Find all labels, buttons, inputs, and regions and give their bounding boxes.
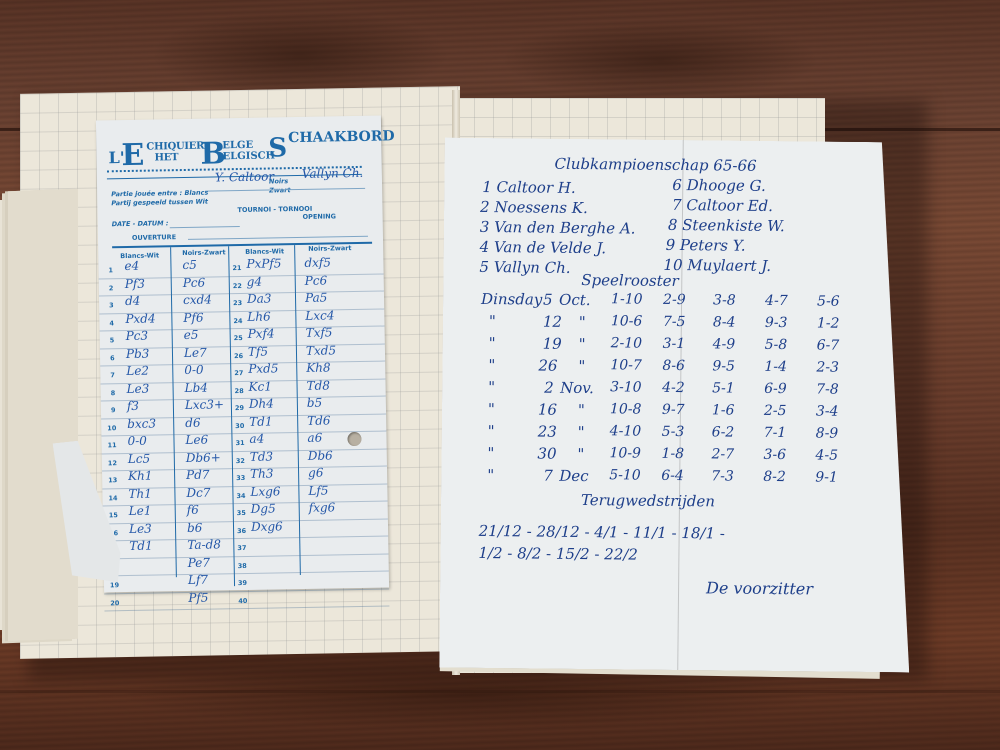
logo-schaakbord: CHAAKBORD [288, 128, 395, 146]
white-move: Pf3 [125, 276, 145, 290]
schedule-day: " [487, 466, 494, 484]
schedule-row: " 26 " 10-7 8-6 9-5 1-4 2-3 [442, 356, 912, 381]
pairing: 8-6 [662, 358, 685, 374]
pairing: 5-8 [765, 337, 788, 353]
schedule-month: " [578, 357, 585, 375]
move-number: 7 [110, 371, 115, 379]
schedule-heading: Speelrooster [581, 271, 679, 290]
white-move: Td1 [129, 539, 153, 553]
ouverture-label: OUVERTURE [132, 233, 176, 242]
black-move: Kh8 [306, 360, 331, 374]
pairing: 3-4 [816, 403, 839, 419]
white-move: Pxd4 [125, 311, 155, 326]
pairing: 1-4 [764, 359, 787, 375]
schedule-row: " 19 " 2-10 3-1 4-9 5-8 6-7 [443, 334, 913, 359]
player-entry: 8 Steenkiste W. [668, 216, 785, 235]
white-move: Pc3 [126, 329, 149, 343]
schedule-month: " [579, 313, 586, 331]
move-number: 29 [235, 404, 244, 412]
white-move: Kh1 [128, 469, 153, 483]
player-entry: 1 Caltoor H. [482, 178, 576, 197]
move-number: 13 [108, 476, 117, 484]
black-move: Dc7 [186, 485, 210, 499]
black-move: Lxc3+ [185, 397, 224, 412]
noirs-label: Noirs [269, 177, 288, 185]
move-number: 34 [236, 491, 245, 499]
move-number: 11 [108, 441, 117, 449]
tournoi-label: TOURNOI - TORNOOI [237, 205, 312, 214]
white-move: f3 [127, 399, 139, 413]
black-player-name: Vallyn Ch. [302, 166, 364, 181]
black-col-header-right: Noirs-Zwart [308, 244, 351, 253]
white-move: 0-0 [127, 434, 147, 448]
white-move: Lxg6 [250, 484, 280, 499]
schedule-row: " 2 Nov. 3-10 4-2 5-1 6-9 7-8 [442, 378, 912, 403]
pairing: 8-2 [763, 469, 786, 485]
white-move: Lh6 [247, 309, 271, 323]
black-move: cxd4 [183, 293, 212, 308]
white-move: Td1 [249, 414, 273, 428]
pairing: 1-10 [611, 291, 643, 307]
move-number: 38 [238, 561, 247, 569]
move-number: 36 [237, 526, 246, 534]
black-move: 0-0 [184, 363, 204, 377]
move-number: 35 [237, 509, 246, 517]
pairing: 5-1 [712, 380, 735, 396]
black-move: Db6+ [186, 450, 221, 465]
move-number: 27 [234, 369, 243, 377]
black-move: Le7 [184, 345, 207, 359]
move-number: 3 [109, 301, 114, 309]
move-number: 33 [236, 474, 245, 482]
black-move: Pc6 [183, 275, 206, 289]
schedule-row: " 30 " 10-9 1-8 2-7 3-6 4-5 [441, 444, 911, 469]
white-move: Le1 [129, 504, 152, 518]
pairing: 2-3 [816, 359, 839, 375]
black-move: c5 [182, 258, 197, 272]
date-line [170, 226, 240, 228]
pairing: 4-5 [815, 447, 838, 463]
black-move: Pe7 [188, 555, 211, 569]
move-number: 2 [109, 284, 114, 292]
schedule-day: " [489, 312, 496, 330]
return-dates-line-2: 1/2 - 8/2 - 15/2 - 22/2 [478, 544, 638, 564]
white-move: Dh4 [249, 396, 274, 410]
wood-knot [500, 20, 820, 100]
player-entry: 7 Caltoor Ed. [672, 196, 773, 215]
pairing: 7-1 [764, 425, 787, 441]
schedule-date: 7 [543, 467, 553, 485]
black-move: Td6 [307, 413, 331, 427]
black-move: Pf5 [188, 590, 208, 604]
white-move: Pxf4 [248, 326, 275, 340]
move-number: 5 [110, 336, 115, 344]
pairing: 10-9 [609, 445, 641, 461]
player-entry: 9 Peters Y. [666, 236, 746, 255]
black-col-header-left: Noirs-Zwart [182, 248, 225, 257]
schedule-day: " [487, 444, 494, 462]
pairing: 2-9 [663, 292, 686, 308]
move-number: 39 [238, 579, 247, 587]
pairing: 7-8 [816, 381, 839, 397]
move-number: 21 [232, 264, 241, 272]
white-move: e4 [124, 259, 139, 273]
move-number: 4 [109, 319, 114, 327]
pairing: 4-10 [610, 423, 642, 439]
black-move: Td8 [306, 378, 330, 392]
black-move: fxg6 [309, 500, 336, 514]
club-championship-letter: Clubkampioenschap 65-66 1 Caltoor H. 2 N… [439, 138, 915, 673]
pairing: 6-4 [661, 468, 684, 484]
white-move: a4 [249, 432, 264, 446]
pairing: 2-7 [711, 446, 734, 462]
logo-b-word-2: ELGISCH [222, 150, 275, 162]
move-number: 20 [110, 599, 119, 607]
black-move: Pa5 [305, 291, 328, 305]
schedule-date: 12 [543, 313, 562, 331]
schedule-day: " [488, 378, 495, 396]
move-number: 6 [110, 354, 115, 362]
move-number: 28 [235, 386, 244, 394]
player-entry: 3 Van den Berghe A. [480, 218, 636, 238]
move-number: 1 [108, 266, 113, 274]
move-number: 14 [108, 494, 117, 502]
schedule-row: " 12 " 10-6 7-5 8-4 9-3 1-2 [443, 312, 913, 337]
pairing: 5-3 [662, 424, 685, 440]
black-move: b6 [187, 520, 203, 534]
pairing: 3-10 [610, 379, 642, 395]
white-move: Td3 [250, 449, 274, 463]
schedule-month: Oct. [559, 291, 591, 309]
white-move: Pxd5 [248, 361, 278, 376]
pairing: 3-8 [713, 292, 736, 308]
player-entry: 5 Vallyn Ch. [479, 258, 570, 277]
pairing: 5-6 [817, 293, 840, 309]
schedule-date: 23 [538, 423, 557, 441]
white-move: Tf5 [248, 344, 268, 358]
schedule-date: 19 [543, 335, 562, 353]
schedule-date: 5 [543, 291, 553, 309]
player-entry: 4 Van de Velde J. [480, 238, 607, 257]
schedule-month: " [577, 445, 584, 463]
pairing: 1-6 [712, 402, 735, 418]
pairing: 10-8 [610, 401, 642, 417]
move-number: 12 [108, 459, 117, 467]
schedule-row: " 16 " 10-8 9-7 1-6 2-5 3-4 [442, 400, 912, 425]
move-number: 40 [238, 596, 247, 604]
opening-label: OPENING [303, 212, 337, 221]
schedule-day: " [488, 422, 495, 440]
return-dates-line-1: 21/12 - 28/12 - 4/1 - 11/1 - 18/1 - [479, 522, 725, 543]
white-move: Le3 [129, 521, 152, 535]
logo-b-words: ELGE ELGISCH [222, 139, 275, 162]
pairing: 6-9 [764, 381, 787, 397]
chairman-signature: De voorzitter [706, 578, 813, 598]
schedule-month: " [578, 401, 585, 419]
white-move: bxc3 [127, 416, 156, 431]
chess-score-sheet: L' E CHIQUIER HET B ELGE ELGISCH S CHAAK… [96, 116, 389, 593]
pairing: 10-6 [611, 313, 643, 329]
black-move: Ta-d8 [187, 537, 221, 552]
move-number: 19 [110, 581, 119, 589]
black-move: Pf6 [183, 310, 203, 324]
move-number: 30 [235, 421, 244, 429]
black-move: dxf5 [304, 255, 331, 269]
schedule-day: " [489, 334, 496, 352]
move-number: 22 [233, 282, 242, 290]
pairing: 6-2 [712, 424, 735, 440]
white-player-name: Y. Caltoor [215, 169, 274, 184]
return-games-heading: Terugwedstrijden [581, 491, 715, 510]
schedule-day: " [488, 400, 495, 418]
schedule-date: 26 [538, 357, 557, 375]
black-move: Lxc4 [305, 308, 334, 323]
pairing: 9-5 [712, 358, 735, 374]
pairing: 4-9 [713, 336, 736, 352]
schedule-row: " 7 Dec 5-10 6-4 7-3 8-2 9-1 [441, 466, 911, 491]
pairing: 1-8 [661, 446, 684, 462]
player-entry: 2 Noessens K. [480, 198, 588, 217]
pairing: 7-3 [711, 468, 734, 484]
logo-e-words: CHIQUIER HET [146, 141, 204, 164]
ouverture-line [188, 236, 368, 240]
black-move: g6 [308, 466, 324, 480]
black-move: f6 [187, 503, 199, 517]
white-move: Kc1 [248, 379, 272, 393]
pairing: 3-1 [663, 336, 686, 352]
black-move: Le6 [185, 433, 208, 447]
pairing: 6-7 [817, 337, 840, 353]
pairing: 2-10 [611, 335, 643, 351]
black-move: Pc6 [305, 273, 328, 287]
black-move: b5 [307, 396, 323, 410]
schedule-month: " [578, 423, 585, 441]
logo-s: S [268, 133, 287, 163]
move-number: 24 [233, 316, 242, 324]
schedule-date: 2 [544, 379, 554, 397]
logo-e-word-1: CHIQUIER [146, 141, 204, 153]
black-move: Txf5 [306, 325, 333, 339]
move-number: 8 [111, 389, 116, 397]
pairing: 9-7 [662, 402, 685, 418]
schedule-row: " 23 " 4-10 5-3 6-2 7-1 8-9 [442, 422, 912, 447]
schedule-date: 30 [537, 445, 556, 463]
move-number: 32 [236, 456, 245, 464]
black-move: Pd7 [186, 468, 210, 482]
black-move: Lf7 [188, 573, 208, 587]
move-number: 26 [234, 351, 243, 359]
schedule-date: 16 [538, 401, 557, 419]
move-number: 31 [235, 439, 244, 447]
white-move: Lc5 [128, 451, 151, 465]
pairing: 8-4 [713, 314, 736, 330]
pairing: 9-1 [815, 469, 838, 485]
black-move: a6 [307, 431, 322, 445]
white-move: Th1 [128, 486, 152, 500]
pairing: 8-9 [816, 425, 839, 441]
pairing: 3-6 [763, 447, 786, 463]
schedule-month: Dec [559, 467, 588, 485]
logo-e-word-2: HET [146, 152, 178, 164]
move-number: 15 [109, 511, 118, 519]
logo-e: E [121, 138, 144, 173]
logo-b-word-1: ELGE [222, 140, 253, 152]
pairing: 9-3 [765, 315, 788, 331]
white-move: Dg5 [251, 501, 276, 515]
black-move: Db6 [308, 448, 333, 462]
schedule-day: " [488, 356, 495, 374]
white-move: PxPf5 [246, 256, 281, 271]
pairing: 4-2 [662, 380, 685, 396]
black-move: d6 [185, 415, 201, 429]
move-number: 25 [234, 334, 243, 342]
white-move: Da3 [247, 291, 272, 305]
white-move: Th3 [250, 466, 274, 480]
pairing: 1-2 [817, 315, 840, 331]
black-move: Txd5 [306, 343, 336, 358]
move-number: 37 [237, 544, 246, 552]
player-entry: 6 Dhooge G. [672, 176, 766, 195]
letter-title: Clubkampioenschap 65-66 [554, 155, 756, 175]
pairing: 7-5 [663, 314, 686, 330]
white-col-header-right: Blancs-Wit [245, 247, 284, 256]
pairing: 10-7 [610, 357, 642, 373]
pairing: 4-7 [765, 293, 788, 309]
white-move: d4 [125, 294, 141, 308]
black-move: e5 [184, 328, 199, 342]
partij-label: Partij gespeeld tussen Wit [111, 198, 208, 208]
white-move: Dxg6 [251, 519, 283, 534]
white-move: Pb3 [126, 346, 150, 360]
move-number: 9 [111, 406, 116, 414]
player-entry: 10 Muylaert J. [663, 256, 771, 275]
pairing: 2-5 [764, 403, 787, 419]
white-move: Le2 [126, 364, 149, 378]
schedule-month: Nov. [560, 379, 594, 397]
schedule-row: Dinsday 5 Oct. 1-10 2-9 3-8 4-7 5-6 [443, 290, 913, 315]
black-move: Lf5 [308, 483, 328, 497]
white-move: g4 [247, 274, 263, 288]
pairing: 5-10 [609, 467, 641, 483]
date-label: DATE - DATUM : [112, 219, 169, 228]
black-move: Lb4 [184, 380, 208, 394]
paper-stack-edge [8, 189, 78, 641]
white-move: Le3 [126, 381, 149, 395]
schedule-day: Dinsday [481, 290, 542, 309]
move-number: 23 [233, 299, 242, 307]
schedule-month: " [579, 335, 586, 353]
move-number: 10 [107, 424, 116, 432]
